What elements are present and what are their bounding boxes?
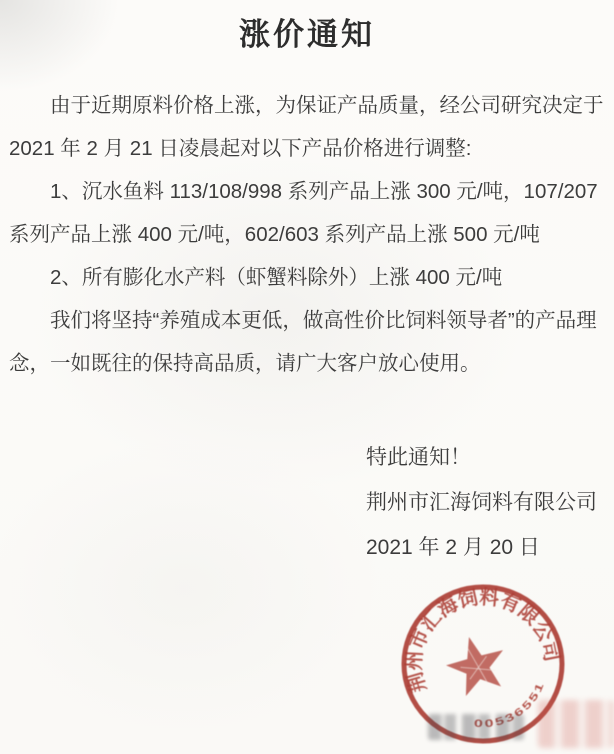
illegible-gray-watermark	[428, 714, 524, 740]
signoff-declaration: 特此通知！	[366, 435, 597, 480]
seal-star-icon	[440, 629, 512, 698]
paragraph-intro: 由于近期原料价格上涨，为保证产品质量，经公司研究决定于 2021 年 2 月 2…	[9, 84, 605, 170]
paragraph-item-2: 2、所有膨化水产料（虾蟹料除外）上涨 400 元/吨	[9, 256, 605, 299]
notice-document: 涨价通知 由于近期原料价格上涨，为保证产品质量，经公司研究决定于 2021 年 …	[0, 0, 614, 754]
signoff-date: 2021 年 2 月 20 日	[366, 525, 597, 570]
illegible-red-smudge	[538, 700, 614, 748]
notice-title: 涨价通知	[0, 0, 614, 54]
signoff-block: 特此通知！ 荆州市汇海饲料有限公司 2021 年 2 月 20 日	[366, 435, 597, 570]
paragraph-closing: 我们将坚持“养殖成本更低，做高性价比饲料领导者”的产品理念，一如既往的保持高品质…	[9, 299, 605, 385]
signoff-company: 荆州市汇海饲料有限公司	[366, 480, 597, 525]
paragraph-item-1: 1、沉水鱼料 113/108/998 系列产品上涨 300 元/吨，107/20…	[9, 170, 605, 256]
notice-body: 由于近期原料价格上涨，为保证产品质量，经公司研究决定于 2021 年 2 月 2…	[9, 84, 605, 385]
